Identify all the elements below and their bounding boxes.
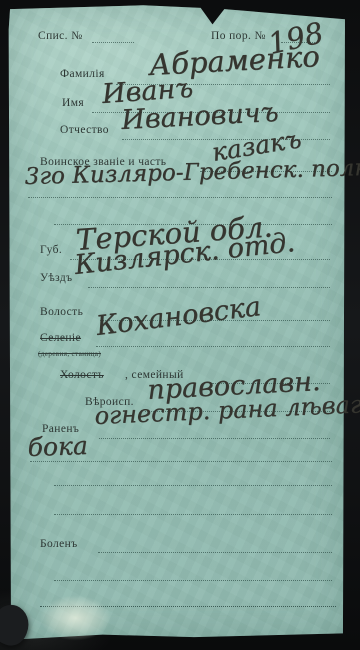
field-name-label: Имя: [62, 97, 84, 109]
field-rank-line2: [28, 197, 332, 198]
field-wounded-value-line2: бока: [27, 433, 88, 460]
field-settlement-line: [96, 346, 330, 347]
field-province-label: Губ.: [40, 244, 62, 256]
field-sick-label: Боленъ: [40, 538, 78, 550]
field-patronymic-label: Отчество: [60, 124, 109, 136]
field-marital-label-struck: Холостъ: [60, 369, 104, 381]
blank-line-5: [40, 606, 336, 607]
order-number-label: По пор. №: [211, 30, 266, 42]
field-surname-label: Фамилія: [60, 68, 105, 80]
field-wounded-line: [99, 438, 330, 439]
list-number-line: [92, 42, 134, 43]
blank-line-3: [54, 514, 332, 515]
field-sick-line: [98, 552, 332, 553]
field-district-line: [88, 287, 330, 288]
blank-line-2: [54, 485, 332, 486]
field-settlement-label: Селеніе: [40, 332, 81, 344]
field-district-label: Уѣздъ: [40, 272, 73, 284]
field-patronymic-value: Ивановичъ: [121, 99, 279, 134]
list-number-label: Спис. №: [38, 30, 83, 42]
blank-line-4: [54, 580, 332, 581]
field-settlement-sublabel: (деревня, станица): [38, 349, 101, 358]
field-volost-label: Волость: [40, 306, 83, 318]
field-wounded-line2: [30, 461, 332, 462]
